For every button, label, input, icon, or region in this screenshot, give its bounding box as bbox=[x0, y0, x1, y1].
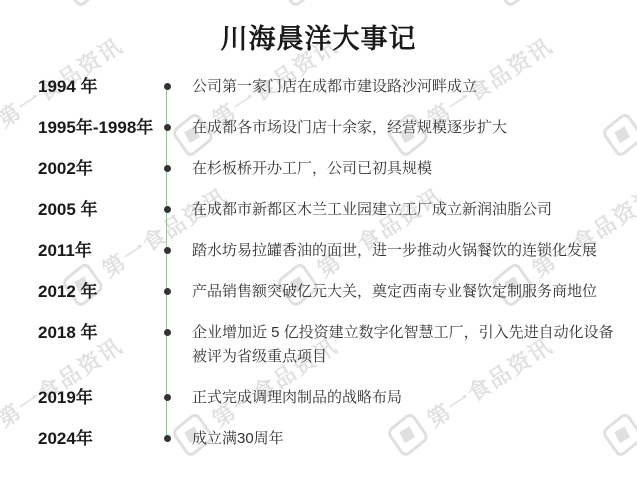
timeline-year: 2019年 bbox=[0, 386, 150, 410]
timeline-year: 2018 年 bbox=[0, 321, 150, 345]
timeline-dot-cell bbox=[150, 157, 184, 172]
timeline-row: 2024年 成立满30周年 bbox=[0, 427, 637, 451]
timeline-dot-cell bbox=[150, 75, 184, 90]
timeline-year: 2011年 bbox=[0, 239, 150, 263]
timeline-year: 2005 年 bbox=[0, 198, 150, 222]
timeline-dot-icon bbox=[164, 288, 171, 295]
timeline-dot-cell bbox=[150, 280, 184, 295]
timeline-desc: 成立满30周年 bbox=[184, 427, 637, 451]
timeline-desc: 公司第一家门店在成都市建设路沙河畔成立 bbox=[184, 75, 637, 99]
timeline-desc: 产品销售额突破亿元大关，奠定西南专业餐饮定制服务商地位 bbox=[184, 280, 637, 304]
timeline-year: 2002年 bbox=[0, 157, 150, 181]
timeline-dot-cell bbox=[150, 321, 184, 336]
timeline-year: 2012 年 bbox=[0, 280, 150, 304]
timeline-dot-icon bbox=[164, 394, 171, 401]
timeline-row: 2012 年 产品销售额突破亿元大关，奠定西南专业餐饮定制服务商地位 bbox=[0, 280, 637, 304]
timeline-dot-icon bbox=[164, 247, 171, 254]
timeline-dot-icon bbox=[164, 435, 171, 442]
page-title: 川海晨洋大事记 bbox=[0, 0, 637, 56]
timeline-dot-icon bbox=[164, 206, 171, 213]
timeline-row: 2019年 正式完成调理肉制品的战略布局 bbox=[0, 386, 637, 410]
timeline-dot-icon bbox=[164, 124, 171, 131]
timeline-dot-cell bbox=[150, 386, 184, 401]
timeline-row: 2002年 在杉板桥开办工厂，公司已初具规模 bbox=[0, 157, 637, 181]
timeline-dot-cell bbox=[150, 427, 184, 442]
timeline-dot-icon bbox=[164, 83, 171, 90]
timeline-row: 2018 年 企业增加近 5 亿投资建立数字化智慧工厂，引入先进自动化设备 被评… bbox=[0, 321, 637, 369]
timeline-row: 2005 年 在成都市新都区木兰工业园建立工厂成立新润油脂公司 bbox=[0, 198, 637, 222]
timeline-dot-cell bbox=[150, 116, 184, 131]
timeline-desc: 在杉板桥开办工厂，公司已初具规模 bbox=[184, 157, 637, 181]
timeline-year: 1995年-1998年 bbox=[0, 116, 150, 140]
timeline-desc: 正式完成调理肉制品的战略布局 bbox=[184, 386, 637, 410]
timeline-row: 1994 年 公司第一家门店在成都市建设路沙河畔成立 bbox=[0, 75, 637, 99]
timeline-desc: 企业增加近 5 亿投资建立数字化智慧工厂，引入先进自动化设备 被评为省级重点项目 bbox=[184, 321, 637, 369]
timeline-year: 1994 年 bbox=[0, 75, 150, 99]
timeline-dot-icon bbox=[164, 329, 171, 336]
timeline: 1994 年 公司第一家门店在成都市建设路沙河畔成立 1995年-1998年 在… bbox=[0, 70, 637, 468]
timeline-desc: 在成都各市场设门店十余家，经营规模逐步扩大 bbox=[184, 116, 637, 140]
timeline-desc: 踏水坊易拉罐香油的面世，进一步推动火锅餐饮的连锁化发展 bbox=[184, 239, 637, 263]
timeline-desc: 在成都市新都区木兰工业园建立工厂成立新润油脂公司 bbox=[184, 198, 637, 222]
timeline-row: 1995年-1998年 在成都各市场设门店十余家，经营规模逐步扩大 bbox=[0, 116, 637, 140]
timeline-dot-icon bbox=[164, 165, 171, 172]
timeline-dot-cell bbox=[150, 239, 184, 254]
timeline-row: 2011年 踏水坊易拉罐香油的面世，进一步推动火锅餐饮的连锁化发展 bbox=[0, 239, 637, 263]
timeline-dot-cell bbox=[150, 198, 184, 213]
timeline-year: 2024年 bbox=[0, 427, 150, 451]
timeline-page: 第一食品资讯 第一食品资讯 第一食品资讯 第一食品资讯 第一食品资讯 第一食品资… bbox=[0, 0, 637, 488]
